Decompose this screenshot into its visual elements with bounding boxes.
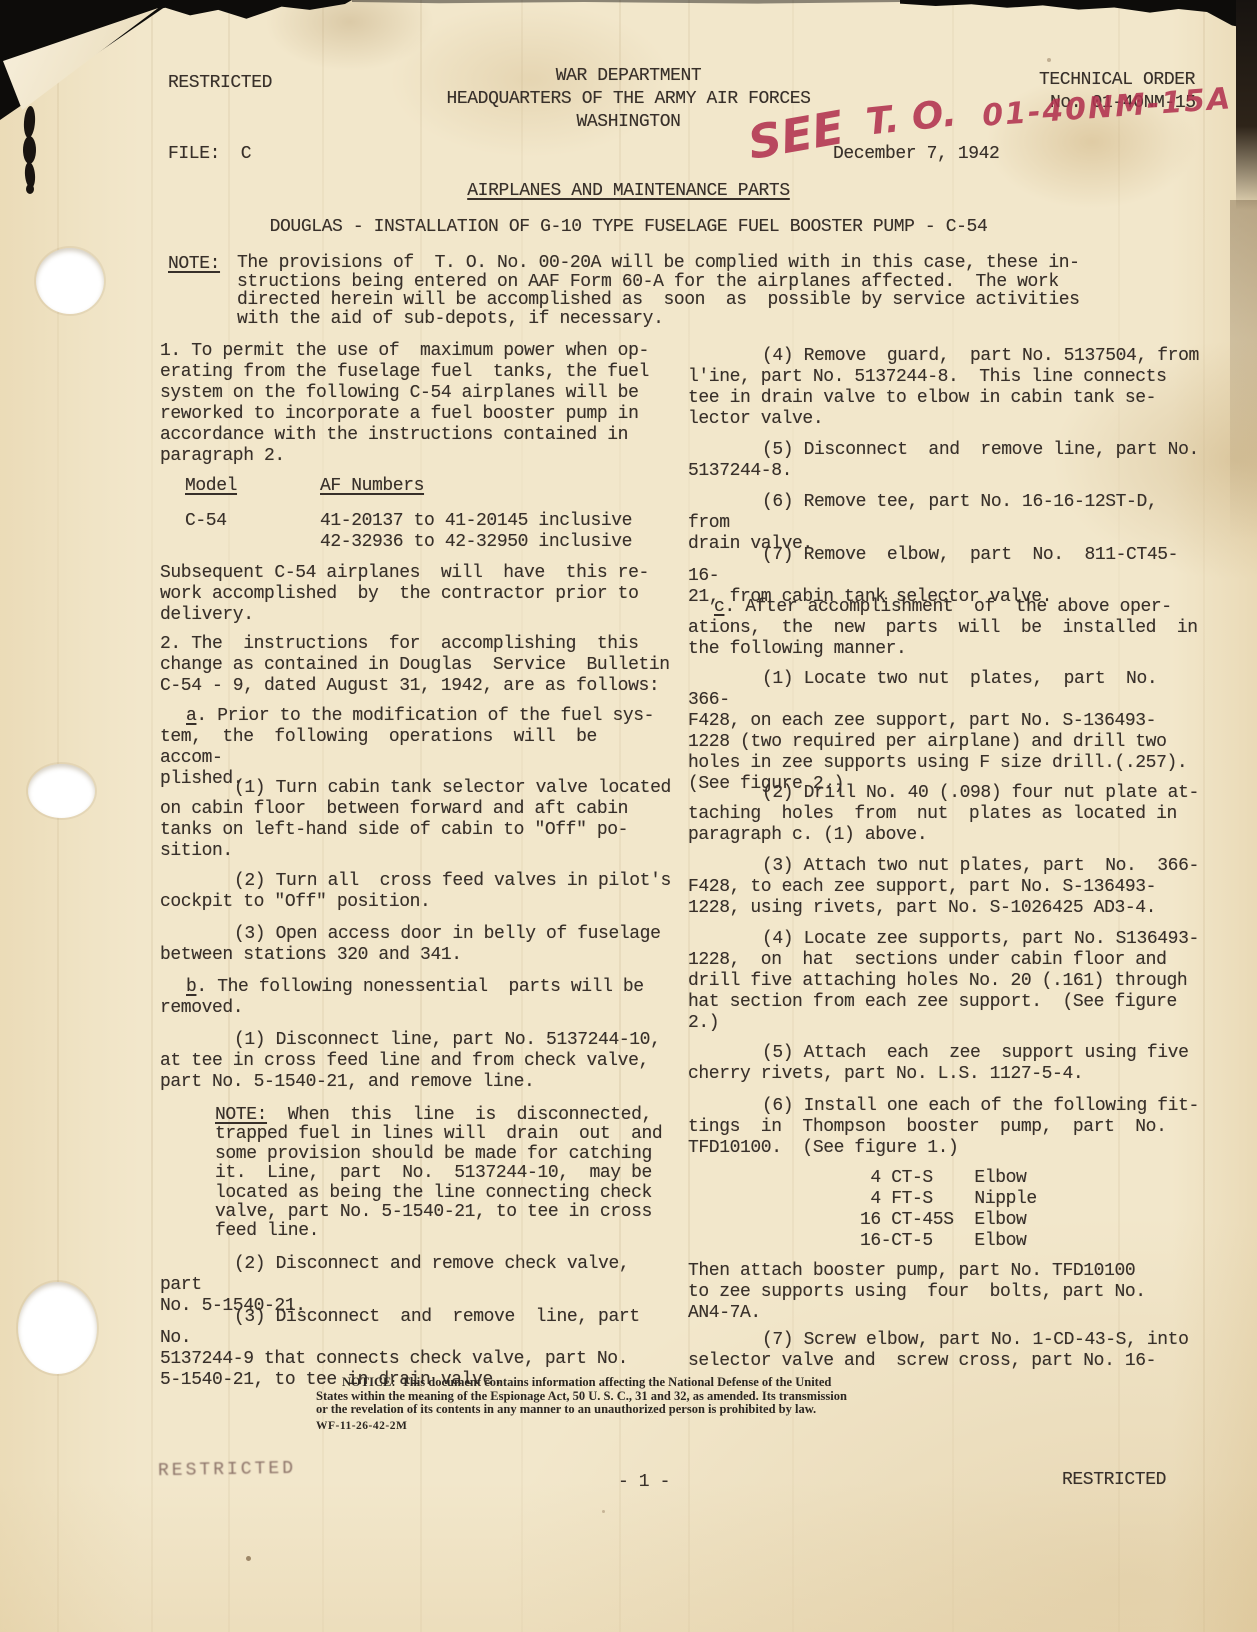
punch-hole-1 (36, 248, 104, 314)
model-column-header: Model (185, 476, 237, 497)
scanned-document-page: RESTRICTED WAR DEPARTMENT HEADQUARTERS O… (0, 0, 1257, 1632)
fittings-list: 4 CT-S Elbow 4 FT-S Nipple 16 CT-45S Elb… (860, 1168, 1037, 1252)
paragraph-subsequent: Subsequent C-54 airplanes will have this… (160, 563, 675, 626)
paragraph-attach: Then attach booster pump, part No. TFD10… (688, 1261, 1203, 1324)
stain-speck (246, 1556, 251, 1561)
step-c-6: (6) Install one each of the following fi… (688, 1096, 1203, 1159)
step-c: c. After accomplishment of the above ope… (688, 597, 1208, 660)
step-a-1: (1) Turn cabin tank selector valve locat… (160, 778, 675, 862)
document-subtitle: DOUGLAS - INSTALLATION OF G-10 TYPE FUSE… (0, 217, 1257, 238)
step-b-4: (4) Remove guard, part No. 5137504, from… (688, 346, 1203, 430)
right-edge-smudge (1230, 200, 1257, 540)
note-2: NOTE: When this line is disconnected, tr… (215, 1106, 680, 1242)
paragraph-1: 1. To permit the use of maximum power wh… (160, 341, 675, 467)
step-c-5: (5) Attach each zee support using five c… (688, 1043, 1203, 1085)
file-line: FILE: C (168, 144, 251, 165)
stain-speck (602, 1510, 605, 1513)
step-c-3: (3) Attach two nut plates, part No. 366-… (688, 856, 1203, 919)
model-value: C-54 (185, 511, 227, 532)
step-a-2: (2) Turn all cross feed valves in pilot'… (160, 871, 675, 913)
step-b: b. The following nonessential parts will… (160, 977, 680, 1019)
classification-footer: RESTRICTED (1062, 1470, 1166, 1491)
form-number: WF-11-26-42-2M (316, 1420, 407, 1432)
paragraph-2: 2. The instructions for accomplishing th… (160, 634, 680, 697)
step-c-4: (4) Locate zee supports, part No. S13649… (688, 929, 1208, 1034)
torn-edge-right (1236, 0, 1257, 210)
step-c-7: (7) Screw elbow, part No. 1-CD-43-S, int… (688, 1330, 1203, 1372)
header-note-text: The provisions of T. O. No. 00-20A will … (237, 254, 1117, 328)
punch-hole-2 (28, 764, 95, 818)
step-a-3: (3) Open access door in belly of fuselag… (160, 924, 675, 966)
stain-speck (1047, 58, 1051, 62)
af-numbers-column-header: AF Numbers (320, 476, 424, 497)
punch-hole-3 (18, 1282, 97, 1374)
step-b-5: (5) Disconnect and remove line, part No.… (688, 440, 1203, 482)
document-title: AIRPLANES AND MAINTENANCE PARTS (0, 181, 1257, 202)
ghost-stamp: RESTRICTED (158, 1459, 296, 1482)
af-numbers-values: 41-20137 to 41-20145 inclusive 42-32936 … (320, 511, 632, 553)
step-c-2: (2) Drill No. 40 (.098) four nut plate a… (688, 783, 1203, 846)
page-number: - 1 - (618, 1472, 670, 1493)
header-note-label: NOTE: (168, 254, 220, 275)
notice-text: NOTICE: This document contains informati… (316, 1376, 931, 1417)
date-line: December 7, 1942 (833, 144, 999, 165)
step-b-1: (1) Disconnect line, part No. 5137244-10… (160, 1030, 675, 1093)
step-c-1: (1) Locate two nut plates, part No. 366-… (688, 669, 1208, 795)
